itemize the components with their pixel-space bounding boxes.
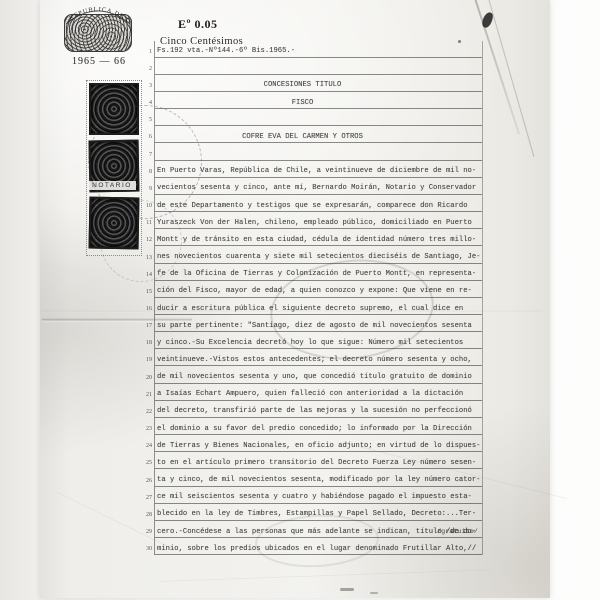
ruled-line: 24de Tierras y Bienes Nacionales, en ofi… bbox=[155, 435, 482, 452]
line-number: 18 bbox=[142, 340, 152, 346]
line-text: fe de la Oficina de Tierras y Colonizaci… bbox=[157, 270, 476, 279]
line-number: 6 bbox=[142, 134, 152, 140]
ruled-line: 13nes novecientos cuarenta y siete mil s… bbox=[155, 246, 482, 263]
line-number: 4 bbox=[142, 100, 152, 106]
ruled-line: 12Montt y de tránsito en esta ciudad, cé… bbox=[155, 229, 482, 246]
line-text: a Isaías Echart Ampuero, quien falleció … bbox=[157, 390, 463, 399]
line-text: su parte pertinente: "Santiago, diez de … bbox=[157, 322, 472, 331]
fold-crease bbox=[160, 569, 490, 583]
ink-speck bbox=[370, 592, 378, 594]
ruled-line: 22del decreto, transfirió parte de las m… bbox=[155, 401, 482, 418]
ruled-line: 19veintinueve.-Vistos estos antecedentes… bbox=[155, 349, 482, 366]
line-text: ta y cinco, de mil novecientos sesenta, … bbox=[157, 476, 481, 485]
line-number: 21 bbox=[142, 392, 152, 398]
ruled-line: 26ta y cinco, de mil novecientos sesenta… bbox=[155, 469, 482, 486]
line-text: FISCO bbox=[157, 99, 482, 108]
line-number: 1 bbox=[142, 49, 152, 55]
line-number: 27 bbox=[142, 495, 152, 501]
republic-seal-stamp: REPUBLICA DE CHILE bbox=[60, 2, 136, 54]
line-text: de este Departamento y testigos que se e… bbox=[157, 202, 468, 211]
ruled-line: 30minio, sobre los predios ubicados en e… bbox=[155, 538, 482, 555]
ruled-line: 8En Puerto Varas, República de Chile, a … bbox=[155, 161, 482, 178]
line-number: 22 bbox=[142, 409, 152, 415]
line-number: 17 bbox=[142, 323, 152, 329]
line-text: En Puerto Varas, República de Chile, a v… bbox=[157, 167, 476, 176]
ruled-line: 3CONCESIONES TITULO bbox=[155, 75, 482, 92]
fold-crease bbox=[487, 0, 535, 157]
ruled-line: 2 bbox=[155, 58, 482, 75]
line-number: 7 bbox=[142, 152, 152, 158]
line-text: COFRE EVA DEL CARMEN Y OTROS bbox=[157, 133, 482, 142]
ruled-line: 28blecido en la ley de Timbres, Estampil… bbox=[155, 504, 482, 521]
ruled-line: 11Yuraszeck Von der Halen, chileno, empl… bbox=[155, 212, 482, 229]
line-text: Fs.192 vta.-Nº144.-6º Bis.1965.- bbox=[157, 47, 295, 56]
ruled-line: 25to en el artículo primero transitorio … bbox=[155, 452, 482, 469]
line-text: y cinco.-Su Excelencia decretó hoy lo qu… bbox=[157, 339, 463, 348]
notarial-text-block: /gratuito/ 1Fs.192 vta.-Nº144.-6º Bis.19… bbox=[154, 41, 483, 556]
ruled-line: 4FISCO bbox=[155, 92, 482, 109]
line-text: CONCESIONES TITULO bbox=[157, 81, 482, 90]
line-number: 13 bbox=[142, 255, 152, 261]
line-text: cero.-Concédese a las personas que más a… bbox=[157, 528, 476, 537]
line-text: to en el artículo primero transitorio de… bbox=[157, 459, 476, 468]
ruled-line: 18y cinco.-Su Excelencia decretó hoy lo … bbox=[155, 332, 482, 349]
line-text: ducir a escritura pública el siguiente d… bbox=[157, 305, 463, 314]
line-text: ción del Fisco, mayor de edad, a quien c… bbox=[157, 287, 472, 296]
line-number: 25 bbox=[142, 460, 152, 466]
ink-speck bbox=[340, 588, 354, 591]
ruled-line: 27ce mil seiscientos sesenta y cuatro y … bbox=[155, 487, 482, 504]
line-number: 12 bbox=[142, 237, 152, 243]
line-text: nes novecientos cuarenta y siete mil set… bbox=[157, 253, 481, 262]
line-text: minio, sobre los predios ubicados en el … bbox=[157, 545, 476, 554]
paper-sheet: REPUBLICA DE CHILE Eº 0.05 Cinco Centési… bbox=[40, 0, 550, 598]
ruled-line: 10de este Departamento y testigos que se… bbox=[155, 195, 482, 212]
line-text: de Tierras y Bienes Nacionales, en ofici… bbox=[157, 442, 481, 451]
line-number: 24 bbox=[142, 443, 152, 449]
ruled-line: 15ción del Fisco, mayor de edad, a quien… bbox=[155, 281, 482, 298]
line-text: Yuraszeck Von der Halen, chileno, emplea… bbox=[157, 219, 472, 228]
ruled-line: 23el dominio a su favor del predio conce… bbox=[155, 418, 482, 435]
line-number: 19 bbox=[142, 357, 152, 363]
emblem-arc-text: REPUBLICA DE CHILE bbox=[60, 2, 136, 54]
ruled-line: 17su parte pertinente: "Santiago, diez d… bbox=[155, 315, 482, 332]
line-text: de mil novecientos sesenta y uno, que co… bbox=[157, 373, 472, 382]
line-text: blecido en la ley de Timbres, Estampilla… bbox=[157, 510, 476, 519]
line-number: 11 bbox=[142, 220, 152, 226]
line-text: Montt y de tránsito en esta ciudad, cédu… bbox=[157, 236, 476, 245]
ruled-line: 14fe de la Oficina de Tierras y Coloniza… bbox=[155, 264, 482, 281]
line-number: 20 bbox=[142, 375, 152, 381]
line-text: el dominio a su favor del predio concedi… bbox=[157, 425, 472, 434]
line-text: veintinueve.-Vistos estos antecedentes; … bbox=[157, 356, 472, 365]
stamp-value: Eº 0.05 bbox=[178, 17, 217, 32]
line-number: 29 bbox=[142, 529, 152, 535]
line-text: vecientos sesenta y cinco, ante mí, Bern… bbox=[157, 184, 476, 193]
ruled-line: 1Fs.192 vta.-Nº144.-6º Bis.1965.- bbox=[155, 41, 482, 58]
ruled-line: 16ducir a escritura pública el siguiente… bbox=[155, 298, 482, 315]
ruled-line: 21a Isaías Echart Ampuero, quien falleci… bbox=[155, 384, 482, 401]
line-number: 2 bbox=[142, 66, 152, 72]
svg-text:REPUBLICA DE CHILE: REPUBLICA DE CHILE bbox=[60, 2, 132, 25]
stamp-years: 1965 — 66 bbox=[72, 56, 126, 67]
ruled-line: 5 bbox=[155, 109, 482, 126]
ink-blot bbox=[481, 11, 495, 29]
ruled-line: 6COFRE EVA DEL CARMEN Y OTROS bbox=[155, 126, 482, 143]
ruled-line: 7 bbox=[155, 143, 482, 160]
ruled-line: 29cero.-Concédese a las personas que más… bbox=[155, 521, 482, 538]
line-number: 3 bbox=[142, 83, 152, 89]
line-number: 9 bbox=[142, 186, 152, 192]
line-number: 28 bbox=[142, 512, 152, 518]
line-number: 8 bbox=[142, 169, 152, 175]
line-text: del decreto, transfirió parte de las mej… bbox=[157, 407, 472, 416]
line-text: ce mil seiscientos sesenta y cuatro y ha… bbox=[157, 493, 472, 502]
line-number: 30 bbox=[142, 546, 152, 552]
line-number: 16 bbox=[142, 306, 152, 312]
line-number: 10 bbox=[142, 203, 152, 209]
line-number: 5 bbox=[142, 117, 152, 123]
line-number: 26 bbox=[142, 478, 152, 484]
line-number: 23 bbox=[142, 426, 152, 432]
line-number: 15 bbox=[142, 289, 152, 295]
ruled-line: 20de mil novecientos sesenta y uno, que … bbox=[155, 366, 482, 383]
line-number: 14 bbox=[142, 272, 152, 278]
ruled-line: 9vecientos sesenta y cinco, ante mí, Ber… bbox=[155, 178, 482, 195]
